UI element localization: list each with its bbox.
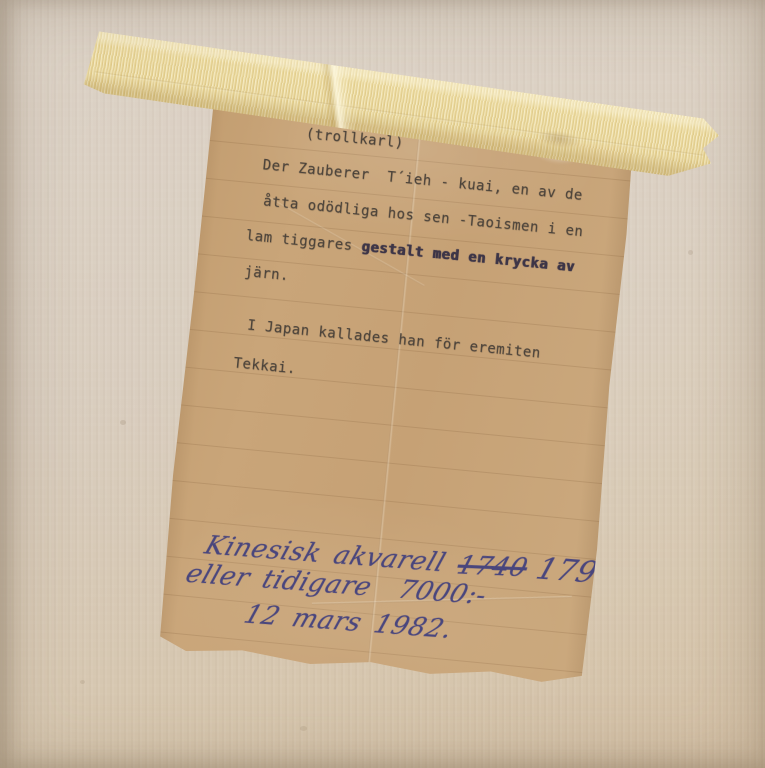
typed-paragraph2-line-1: I Japan kallades han för eremiten	[247, 317, 542, 361]
board-speck	[120, 420, 126, 425]
photo-of-note-on-backing-board: (trollkarl) Der Zauberer T´ieh - kuai, e…	[0, 0, 765, 768]
handwriting-struck-year: 1740	[454, 551, 532, 583]
typed-line-5: järn.	[244, 264, 290, 284]
board-speck	[300, 726, 307, 731]
handwriting-price: 7000:-	[394, 575, 491, 611]
board-speck	[80, 680, 85, 684]
typed-line-4: lam tiggares gestalt med en krycka av	[245, 228, 575, 276]
tape-fold-crease	[308, 63, 362, 131]
typed-line-4-normal: lam tiggares	[245, 228, 362, 255]
handwriting-year: 1790	[532, 552, 622, 592]
paper-note: (trollkarl) Der Zauberer T´ieh - kuai, e…	[156, 107, 636, 691]
board-speck	[688, 250, 693, 255]
tape-stain	[528, 124, 591, 154]
typed-paragraph2-line-2: Tekkai.	[233, 355, 297, 377]
typed-line-4-overstruck: gestalt med en krycka av	[361, 239, 576, 275]
